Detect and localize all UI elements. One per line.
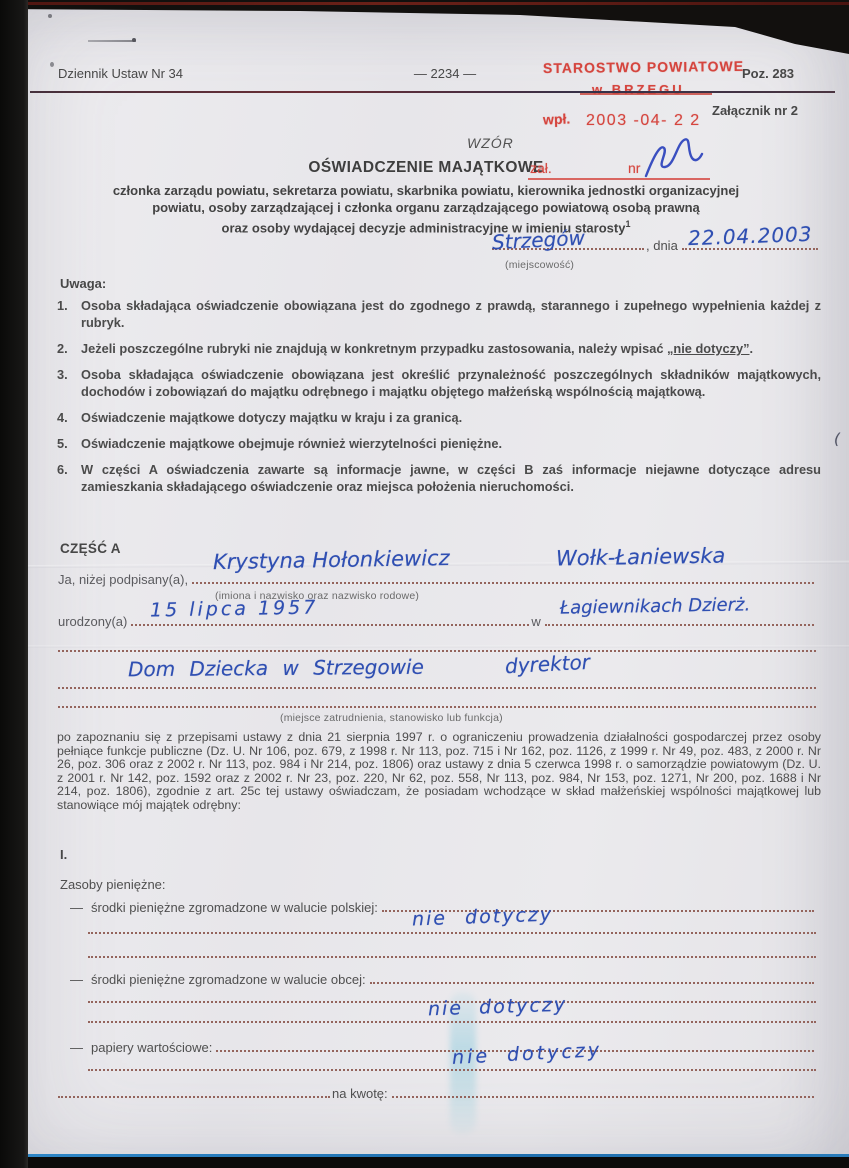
pen-mark: ( (834, 430, 840, 448)
fold-crease (0, 645, 849, 648)
staple-mark (88, 40, 136, 42)
footnote-marker: 1 (625, 219, 630, 229)
note-item-6: 6. W części A oświadczenia zawarte są in… (57, 461, 821, 495)
note-text: Oświadczenie majątkowe obejmuje również … (81, 435, 821, 452)
funds-pln-label: środki pieniężne zgromadzone w walucie p… (91, 900, 378, 915)
nie-dotyczy-underlined: „nie dotyczy” (667, 341, 750, 356)
staple-mark (132, 38, 136, 42)
note-text: Jeżeli poszczególne rubryki nie znajdują… (81, 340, 821, 357)
wzor-label: WZÓR (467, 135, 514, 151)
securities-row: — papiery wartościowe: (70, 1040, 816, 1055)
amount-trailing-dotted-line (392, 1096, 814, 1098)
dash: — (70, 972, 83, 987)
note-item-4: 4. Oświadczenie majątkowe dotyczy majątk… (57, 409, 821, 426)
dash: — (70, 1040, 83, 1055)
staple-mark (50, 62, 54, 67)
note-item-2: 2. Jeżeli poszczególne rubryki nie znajd… (57, 340, 821, 357)
zal-stamp-label: zał. (530, 160, 552, 176)
header-rule (30, 91, 835, 93)
note-number: 2. (57, 340, 81, 357)
received-stamp-label: wpł. (543, 111, 571, 128)
employment-dotted-line (58, 706, 816, 708)
received-stamp-date: 2003 -04- 2 2 (586, 112, 701, 130)
born-label: urodzony(a) (58, 614, 127, 629)
uwaga-heading: Uwaga: (60, 276, 106, 291)
handwritten-position: dyrektor (504, 650, 590, 678)
funds-fx-row: — środki pieniężne zgromadzone w walucie… (70, 972, 816, 987)
amount-label: na kwotę: (332, 1086, 388, 1101)
birthplace-dotted-line (545, 624, 814, 626)
subtitle-line1: członka zarządu powiatu, sekretarza powi… (30, 183, 822, 200)
office-stamp-line1: STAROSTWO POWIATOWE (543, 58, 744, 76)
bottom-scan-edge (0, 1157, 849, 1168)
notes-list: 1. Osoba składająca oświadczenie obowiąz… (57, 297, 821, 504)
note-text: W części A oświadczenia zawarte są infor… (81, 461, 821, 495)
section-i-number: I. (60, 847, 67, 862)
note-text: Oświadczenie majątkowe dotyczy majątku w… (81, 409, 821, 426)
handwritten-name-2: Wołk-Łaniewska (556, 544, 726, 571)
poz-number: Poz. 283 (742, 66, 794, 81)
nr-stamp-label: nr (628, 160, 640, 176)
handwritten-birth-date: 15 lipca 1957 (150, 597, 319, 622)
handwritten-date: 22.04.2003 (688, 222, 813, 250)
subtitle-line2: powiatu, osoby zarządzającej i członka o… (30, 200, 822, 217)
employment-dotted-line (58, 650, 816, 652)
securities-label: papiery wartościowe: (91, 1040, 212, 1055)
amount-leading-dotted-line (58, 1096, 330, 1098)
continuation-dotted-line (88, 1021, 816, 1023)
handwritten-birth-place: Łagiewnikach Dzierż. (560, 594, 751, 618)
dnia-label: , dnia (646, 238, 678, 253)
black-scan-border-left (0, 0, 28, 1168)
handwritten-name-1: Krystyna Hołonkiewicz (213, 546, 450, 574)
birthdate-dotted-line (131, 624, 529, 626)
handwritten-workplace: Dom Dziecka w Strzegowie (128, 655, 424, 682)
note-text: Osoba składająca oświadczenie obowiązana… (81, 297, 821, 331)
journal-page-number: — 2234 — (380, 66, 510, 81)
top-scan-red-line (0, 2, 849, 5)
office-stamp-strike (580, 93, 712, 95)
note-text: Osoba składająca oświadczenie obowiązana… (81, 366, 821, 400)
declarant-row: Ja, niżej podpisany(a), (58, 572, 816, 587)
employment-dotted-line (58, 687, 816, 689)
continuation-dotted-line (88, 956, 816, 958)
document-title: OŚWIADCZENIE MAJĄTKOWE (308, 159, 543, 176)
note-number: 4. (57, 409, 81, 426)
zal-nr-scribble (642, 136, 704, 180)
note-number: 5. (57, 435, 81, 452)
section-i-heading: Zasoby pieniężne: (60, 877, 166, 892)
note-number: 1. (57, 297, 81, 331)
journal-title: Dziennik Ustaw Nr 34 (58, 66, 183, 81)
name-dotted-line (192, 582, 814, 584)
continuation-dotted-line (88, 1069, 816, 1071)
note-item-1: 1. Osoba składająca oświadczenie obowiąz… (57, 297, 821, 331)
attachment-label: Załącznik nr 2 (712, 103, 798, 118)
handwritten-place: Strzegów (491, 226, 585, 255)
employment-hint: (miejsce zatrudnienia, stanowisko lub fu… (280, 712, 503, 724)
declarant-label: Ja, niżej podpisany(a), (58, 572, 188, 587)
continuation-dotted-line (88, 932, 816, 934)
staple-mark (48, 14, 52, 18)
scanned-document-page: Dziennik Ustaw Nr 34 — 2234 — Poz. 283 S… (0, 0, 849, 1168)
note-item-3: 3. Osoba składająca oświadczenie obowiąz… (57, 366, 821, 400)
miejscowosc-hint: (miejscowość) (505, 259, 574, 271)
part-a-heading: CZĘŚĆ A (60, 541, 121, 556)
note-number: 3. (57, 366, 81, 400)
legal-paragraph: po zapoznaniu się z przepisami ustawy z … (57, 731, 821, 813)
funds-fx-label: środki pieniężne zgromadzone w walucie o… (91, 972, 366, 987)
in-label: w (531, 614, 540, 629)
note-item-5: 5. Oświadczenie majątkowe obejmuje równi… (57, 435, 821, 452)
amount-row: na kwotę: (58, 1086, 816, 1101)
dash: — (70, 900, 83, 915)
note-number: 6. (57, 461, 81, 495)
funds-fx-dotted-line (370, 982, 814, 984)
